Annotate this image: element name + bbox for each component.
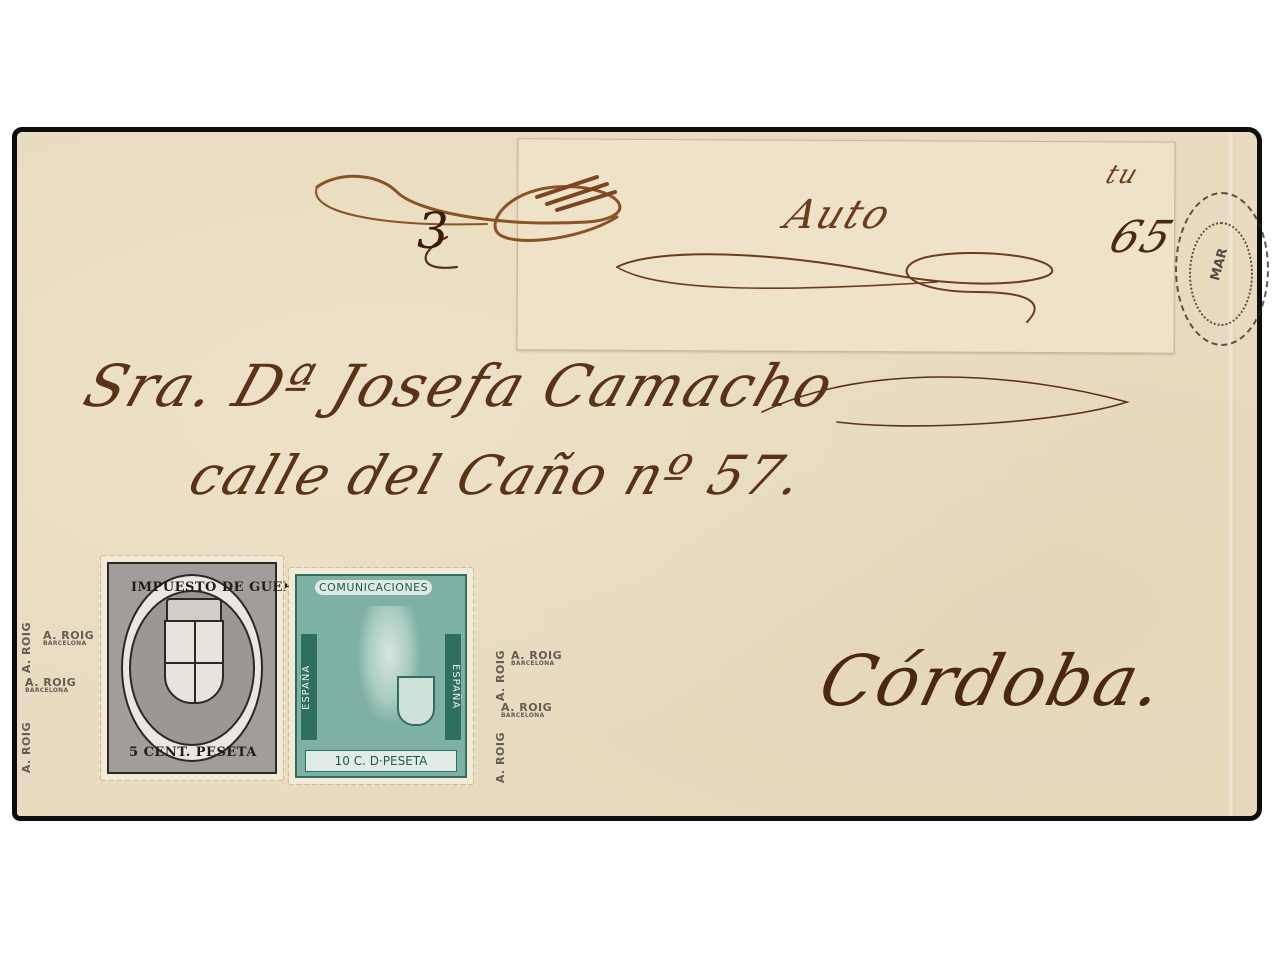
roig-handstamp: A. ROIG BARCELONA bbox=[43, 630, 94, 647]
comunicaciones-stamp: COMUNICACIONES ESPAÑA ESPAÑA 10 C. D·PES… bbox=[289, 568, 473, 784]
roig-handstamp: A. ROIG BARCELONA bbox=[511, 650, 562, 667]
roig-handstamp-vertical: A. ROIG bbox=[19, 622, 35, 673]
destination-city: Córdoba. bbox=[812, 640, 1173, 722]
com-stamp-top-legend: COMUNICACIONES bbox=[315, 580, 432, 595]
war-tax-stamp-face: IMPUESTO DE GUERRA 5 CENT. PESETA bbox=[107, 562, 277, 774]
roig-handstamp: A. ROIG BARCELONA bbox=[501, 702, 552, 719]
com-stamp-bottom-legend: 10 C. D·PESETA bbox=[305, 750, 457, 772]
roig-handstamp-vertical: A. ROIG bbox=[493, 650, 509, 701]
manuscript-annotation: Auto bbox=[779, 192, 899, 238]
roig-handstamp-vertical: A. ROIG bbox=[19, 722, 35, 773]
coat-of-arms-icon bbox=[164, 620, 224, 704]
roig-handstamp-vertical: A. ROIG bbox=[493, 732, 509, 783]
roig-handstamp: A. ROIG BARCELONA bbox=[25, 677, 76, 694]
com-stamp-side-legend-left: ESPAÑA bbox=[301, 634, 317, 740]
com-stamp-side-legend-right: ESPAÑA bbox=[445, 634, 461, 740]
address-line-1: Sra. Dª Josefa Camacho bbox=[76, 352, 844, 420]
address-line-2: calle del Caño nº 57. bbox=[182, 444, 813, 507]
war-stamp-bottom-legend: 5 CENT. PESETA bbox=[129, 745, 257, 760]
comunicaciones-stamp-face: COMUNICACIONES ESPAÑA ESPAÑA 10 C. D·PES… bbox=[295, 574, 467, 778]
shield-icon bbox=[397, 676, 435, 726]
war-tax-stamp: IMPUESTO DE GUERRA 5 CENT. PESETA bbox=[101, 556, 283, 780]
rate-mark: 3 bbox=[417, 202, 451, 260]
envelope: 3 Auto tu 65 Sra. Dª Josefa Camacho call… bbox=[12, 127, 1262, 821]
